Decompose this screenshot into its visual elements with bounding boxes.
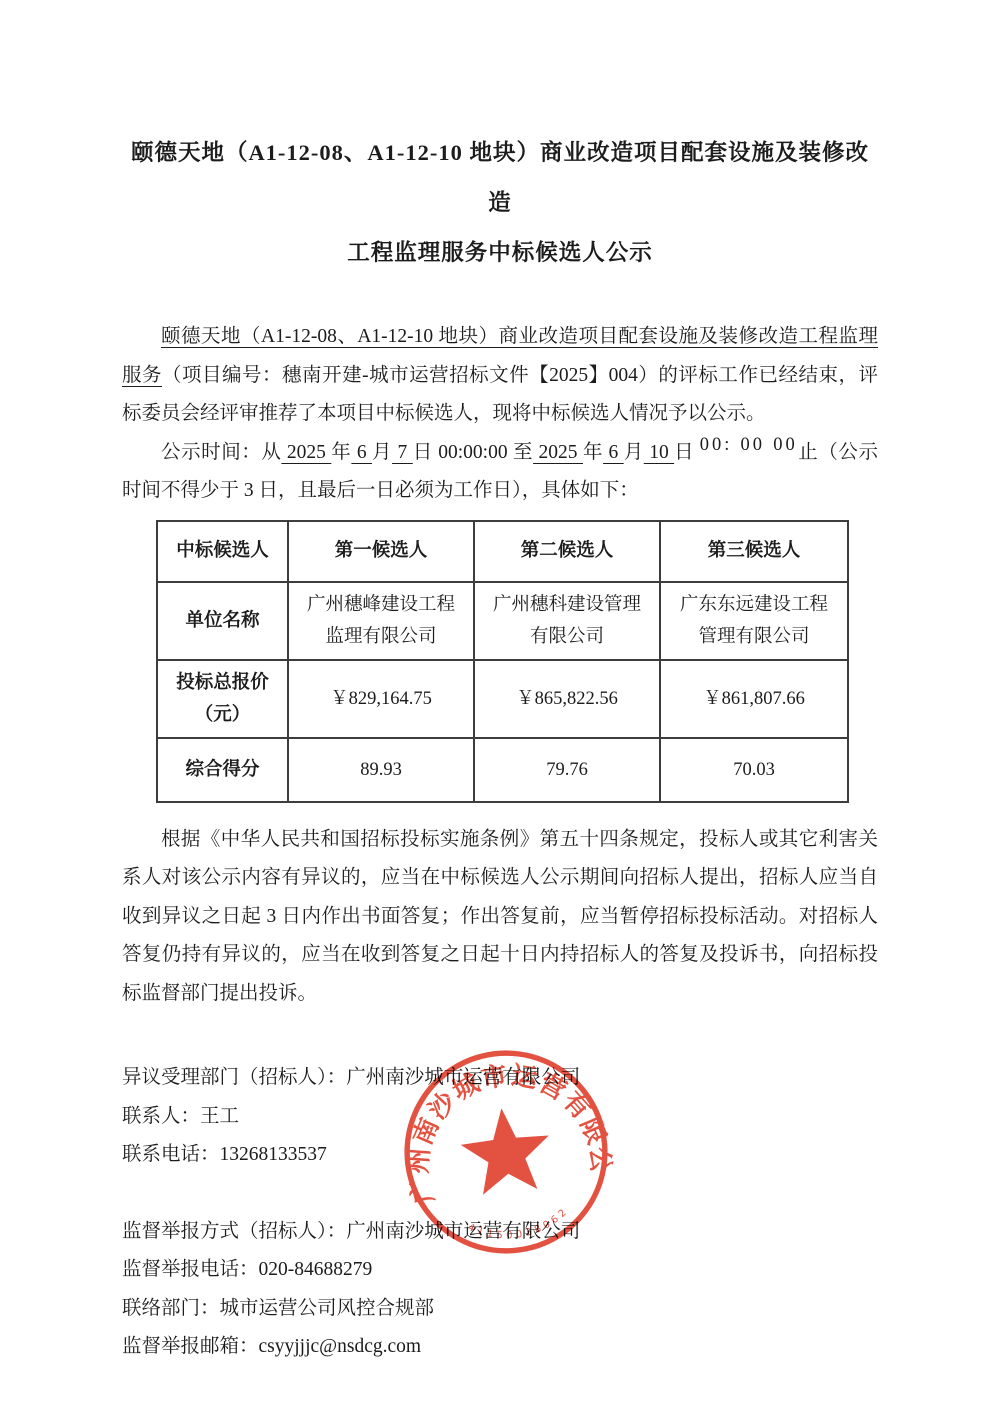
row-label-score: 综合得分	[157, 738, 288, 802]
score-second: 79.76	[474, 738, 660, 802]
row-label-company-name: 单位名称	[157, 582, 288, 660]
report-email-line: 监督举报邮箱：csyyjjjc@nsdcg.com	[122, 1328, 878, 1367]
publicity-time-paragraph: 公示时间：从 2025 年 6 月 7 日 00:00:00 至 2025 年 …	[122, 434, 878, 511]
report-phone-line: 监督举报电话：020-84688279	[122, 1251, 878, 1290]
dispute-department-line: 异议受理部门（招标人）：广州南沙城市运营有限公司	[122, 1059, 878, 1098]
score-third: 70.03	[660, 738, 848, 802]
document-title: 颐德天地（A1-12-08、A1-12-10 地块）商业改造项目配套设施及装修改…	[122, 128, 878, 278]
document-page: 颐德天地（A1-12-08、A1-12-10 地块）商业改造项目配套设施及装修改…	[0, 0, 1000, 1414]
table-header-row: 中标候选人 第一候选人 第二候选人 第三候选人	[157, 521, 848, 582]
contact-person-line: 联系人：王工	[122, 1098, 878, 1137]
bid-price-third: ￥861,807.66	[660, 660, 848, 738]
table-header-second: 第二候选人	[474, 521, 660, 582]
row-label-bid-price: 投标总报价（元）	[157, 660, 288, 738]
intro-paragraph: 颐德天地（A1-12-08、A1-12-10 地块）商业改造项目配套设施及装修改…	[122, 318, 878, 434]
supervision-block: 监督举报方式（招标人）：广州南沙城市运营有限公司 监督举报电话：020-8468…	[122, 1213, 878, 1367]
table-row-score: 综合得分 89.93 79.76 70.03	[157, 738, 848, 802]
table-header-first: 第一候选人	[288, 521, 474, 582]
company-name-third: 广东东远建设工程管理有限公司	[660, 582, 848, 660]
company-name-first: 广州穗峰建设工程监理有限公司	[288, 582, 474, 660]
table-header-candidate: 中标候选人	[157, 521, 288, 582]
candidates-table: 中标候选人 第一候选人 第二候选人 第三候选人 单位名称 广州穗峰建设工程监理有…	[156, 520, 849, 803]
table-header-third: 第三候选人	[660, 521, 848, 582]
liaison-department-line: 联络部门：城市运营公司风控合规部	[122, 1290, 878, 1329]
document-title-line1: 颐德天地（A1-12-08、A1-12-10 地块）商业改造项目配套设施及装修改…	[122, 128, 878, 228]
table-row-bid-price: 投标总报价（元） ￥829,164.75 ￥865,822.56 ￥861,80…	[157, 660, 848, 738]
document-title-line2: 工程监理服务中标候选人公示	[122, 228, 878, 278]
score-first: 89.93	[288, 738, 474, 802]
report-method-line: 监督举报方式（招标人）：广州南沙城市运营有限公司	[122, 1213, 878, 1252]
table-row-company-name: 单位名称 广州穗峰建设工程监理有限公司 广州穗科建设管理有限公司 广东东远建设工…	[157, 582, 848, 660]
legal-paragraph: 根据《中华人民共和国招标投标实施条例》第五十四条规定，投标人或其它利害关系人对该…	[122, 821, 878, 1014]
bid-price-first: ￥829,164.75	[288, 660, 474, 738]
company-name-second: 广州穗科建设管理有限公司	[474, 582, 660, 660]
dispute-contact-block: 异议受理部门（招标人）：广州南沙城市运营有限公司 联系人：王工 联系电话：132…	[122, 1059, 878, 1175]
bid-price-second: ￥865,822.56	[474, 660, 660, 738]
contact-phone-line: 联系电话：13268133537	[122, 1136, 878, 1175]
